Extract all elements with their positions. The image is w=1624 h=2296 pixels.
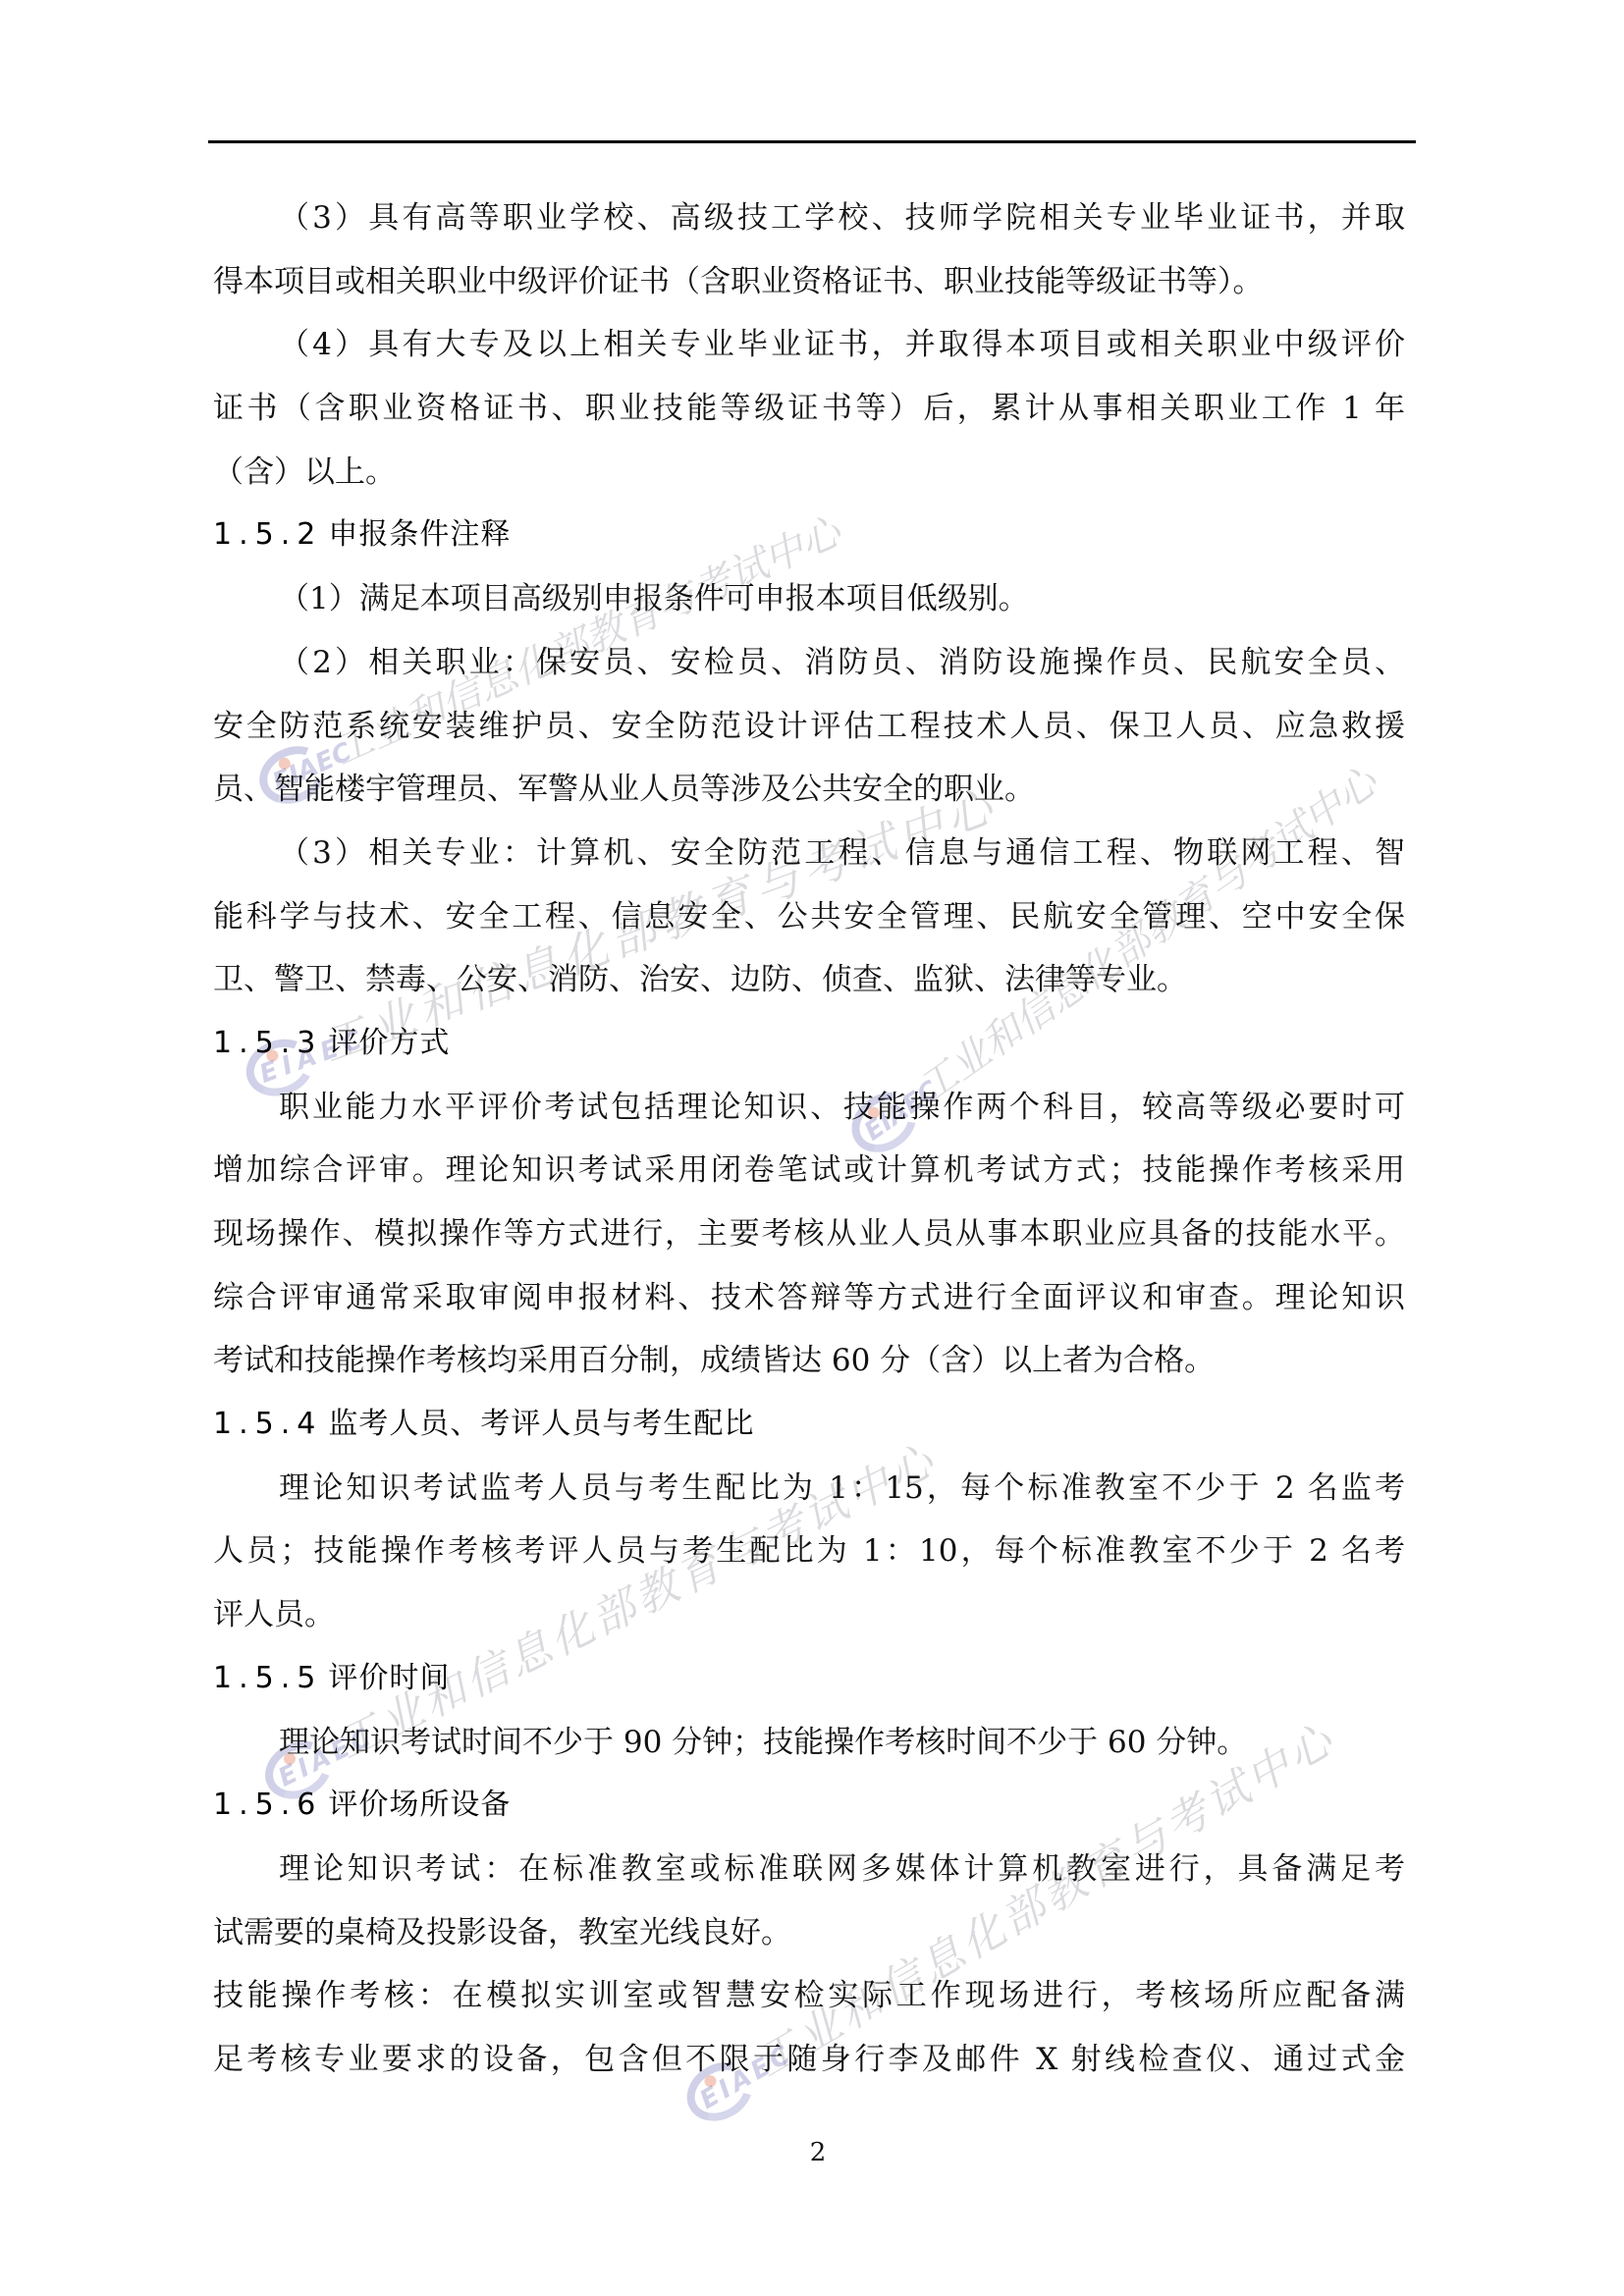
text-line: 能科学与技术、安全工程、信息安全、公共安全管理、民航安全管理、空中安全保 [213,885,1405,949]
text-line: 综合评审通常采取审阅申报材料、技术答辩等方式进行全面评议和审查。理论知识 [213,1266,1405,1330]
text-line: 安全防范系统安装维护员、安全防范设计评估工程技术人员、保卫人员、应急救援 [213,695,1405,759]
section-title: 评价时间 [328,1661,450,1695]
text-line: 理论知识考试监考人员与考生配比为 1：15，每个标准教室不少于 2 名监考 [213,1457,1405,1521]
document-body: （3）具有高等职业学校、高级技工学校、技师学院相关专业毕业证书，并取得本项目或相… [213,187,1405,2092]
document-page: EIAEC工业和信息化部教育与考试中心 EIAEC工业和信息化部教育与考试中心 … [0,0,1624,2296]
text-line: 增加综合评审。理论知识考试采用闭卷笔试或计算机考试方式；技能操作考核采用 [213,1139,1405,1202]
text-line: 卫、警卫、禁毒、公安、消防、治安、边防、侦查、监狱、法律等专业。 [213,948,1405,1012]
text-line: 人员；技能操作考核考评人员与考生配比为 1：10，每个标准教室不少于 2 名考 [213,1520,1405,1583]
section-heading: 1.5.6评价场所设备 [213,1774,1405,1838]
section-number: 1.5.6 [213,1788,322,1822]
text-line: 技能操作考核：在模拟实训室或智慧安检实际工作现场进行，考核场所应配备满 [213,1964,1405,2028]
text-line: （3）具有高等职业学校、高级技工学校、技师学院相关专业毕业证书，并取 [213,187,1405,250]
text-line: 现场操作、模拟操作等方式进行，主要考核从业人员从事本职业应具备的技能水平。 [213,1202,1405,1266]
text-line: （含）以上。 [213,441,1405,505]
section-title: 监考人员、考评人员与考生配比 [328,1407,754,1441]
section-title: 评价方式 [328,1026,450,1060]
section-title: 评价场所设备 [328,1788,511,1822]
text-line: 得本项目或相关职业中级评价证书（含职业资格证书、职业技能等级证书等）。 [213,250,1405,314]
section-heading: 1.5.5评价时间 [213,1647,1405,1711]
text-line: 职业能力水平评价考试包括理论知识、技能操作两个科目，较高等级必要时可 [213,1076,1405,1140]
header-rule [208,140,1416,143]
section-title: 申报条件注释 [328,517,511,552]
text-line: 考试和技能操作考核均采用百分制，成绩皆达 60 分（含）以上者为合格。 [213,1329,1405,1393]
section-heading: 1.5.3评价方式 [213,1012,1405,1076]
page-number: 2 [803,2138,833,2167]
section-heading: 1.5.4监考人员、考评人员与考生配比 [213,1393,1405,1457]
text-line: 理论知识考试：在标准教室或标准联网多媒体计算机教室进行，具备满足考 [213,1838,1405,1901]
section-number: 1.5.4 [213,1407,322,1441]
section-number: 1.5.5 [213,1661,322,1695]
text-line: （4）具有大专及以上相关专业毕业证书，并取得本项目或相关职业中级评价 [213,313,1405,377]
text-line: （3）相关专业：计算机、安全防范工程、信息与通信工程、物联网工程、智 [213,822,1405,885]
text-line: （2）相关职业：保安员、安检员、消防员、消防设施操作员、民航安全员、 [213,631,1405,695]
text-line: （1）满足本项目高级别申报条件可申报本项目低级别。 [213,567,1405,631]
text-line: 评人员。 [213,1583,1405,1647]
text-line: 足考核专业要求的设备，包含但不限于随身行李及邮件 X 射线检查仪、通过式金 [213,2028,1405,2092]
text-line: 试需要的桌椅及投影设备，教室光线良好。 [213,1901,1405,1965]
text-line: 理论知识考试时间不少于 90 分钟；技能操作考核时间不少于 60 分钟。 [213,1711,1405,1775]
text-line: 证书（含职业资格证书、职业技能等级证书等）后，累计从事相关职业工作 1 年 [213,377,1405,441]
section-heading: 1.5.2申报条件注释 [213,504,1405,567]
section-number: 1.5.3 [213,1026,322,1060]
text-line: 员、智能楼宇管理员、军警从业人员等涉及公共安全的职业。 [213,758,1405,822]
section-number: 1.5.2 [213,517,322,552]
